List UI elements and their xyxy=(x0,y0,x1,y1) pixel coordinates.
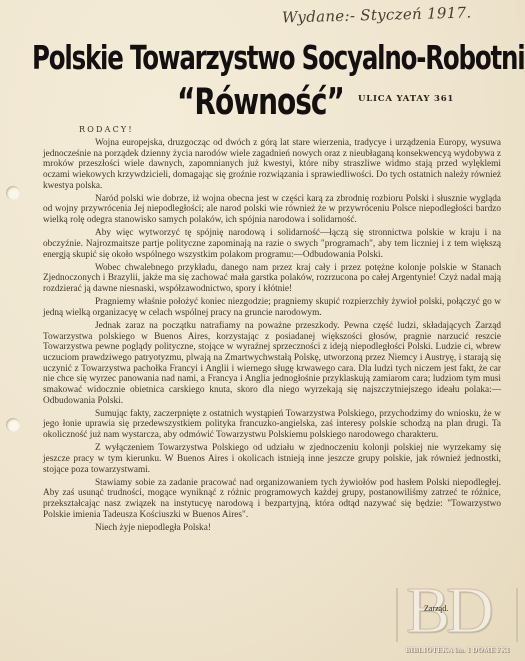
paragraph: Naród polski wie dobrze, iż wojna obecna… xyxy=(43,194,501,226)
paragraph: Niech żyje niepodległa Polska! xyxy=(43,523,501,534)
logo-bar-left xyxy=(396,588,398,642)
logo-caption: BIBLIOTEKA im. I DOMEYKI xyxy=(394,646,521,654)
paragraph: Wojna europejska, druzgocząc od dwóch z … xyxy=(43,138,501,191)
address: ULICA YATAY 361 xyxy=(358,94,454,104)
greeting: RODACY! xyxy=(79,125,134,134)
paragraph: Z wyłączeniem Towarzystwa Polskiego od u… xyxy=(43,443,501,475)
paragraph: Wobec chwalebnego przykładu, danego nam … xyxy=(43,263,501,295)
paragraph: Aby więc wytworzyć tę spójnię narodową i… xyxy=(43,228,501,260)
logo-bar-right xyxy=(516,588,518,642)
paragraph: Stawiamy sobie za zadanie pracować nad o… xyxy=(43,478,501,521)
body-text: Wojna europejska, druzgocząc od dwóch z … xyxy=(43,138,501,536)
library-watermark-logo: BD BIBLIOTEKA im. I DOMEYKI xyxy=(394,586,521,658)
document-subtitle: “Równość” xyxy=(177,80,344,123)
signature: Zarząd. xyxy=(424,604,448,613)
document-title: Polskie Towarzystwo Socyalno-Robotnicze xyxy=(32,38,502,77)
paragraph: Pragniemy właśnie położyć koniec niezgod… xyxy=(43,297,501,318)
document-page: Wydane:- Styczeń 1917. Polskie Towarzyst… xyxy=(0,0,525,661)
punch-hole-icon xyxy=(6,418,20,432)
handwritten-note: Wydane:- Styczeń 1917. xyxy=(282,4,472,27)
punch-hole-icon xyxy=(6,186,20,200)
paragraph: Jednak zaraz na początku natrafiamy na p… xyxy=(43,321,501,406)
paragraph: Sumując fakty, zaczerpnięte z ostatnich … xyxy=(43,409,501,441)
